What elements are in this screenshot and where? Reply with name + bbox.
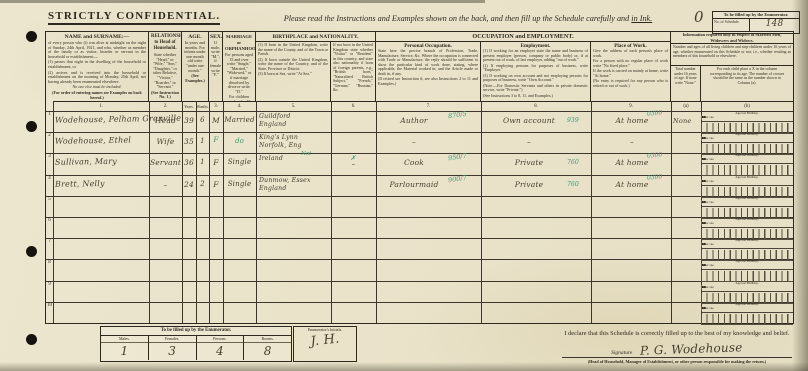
cell-birthplace-line1: Dunmow, Essex	[259, 177, 329, 184]
cell-marriage: Single	[223, 158, 256, 166]
enumerator-col-rooms: Rooms. 8	[244, 336, 291, 360]
rooms-value: 8	[244, 343, 291, 359]
children-age-grid-label: Age last Birthday.	[710, 111, 784, 114]
cell-name	[55, 305, 148, 307]
children-age-grid: Age last Birthday. Under one.12345678910…	[701, 238, 793, 259]
row-number: 5	[46, 197, 53, 202]
cell-birthplace-line1: Guildford	[259, 113, 329, 120]
punch-hole-icon	[26, 246, 37, 257]
enumerator-col-males: Males. 1	[101, 336, 149, 360]
enumerator-initials-box: Enumerator's Initials. J. H.	[293, 326, 357, 362]
punch-hole-icon	[26, 121, 37, 132]
children-age-grid-label: Age last Birthday.	[710, 260, 784, 263]
census-schedule-paper: STRICTLY CONFIDENTIAL. Please read the I…	[0, 0, 808, 371]
cell-age-months: 1	[196, 158, 209, 166]
cell-occupation: –	[378, 137, 450, 146]
cell-sex-clerk-mark: F	[209, 135, 223, 144]
table-row: 2 Wodehouse, Ethel Wife 35 1 F do King's…	[46, 132, 793, 153]
row-number: 6	[46, 218, 53, 223]
cell-employment-code: 760	[567, 159, 579, 166]
children-age-grid: Age last Birthday. Under one.12345678910…	[701, 196, 793, 217]
children-age-grid-numbers: Under one.123456789101112131415	[701, 242, 793, 249]
cell-place-code: 0300	[647, 109, 663, 118]
cell-employment-code: 760	[567, 181, 579, 188]
cell-occupation-code: 950/7	[448, 152, 468, 163]
cell-marriage-clerk-mark: do	[223, 137, 256, 145]
children-age-grid-numbers: Under one.123456789101112131415	[701, 200, 793, 207]
cell-name	[55, 241, 148, 243]
cell-name: Wodehouse, Ethel	[55, 135, 148, 146]
punch-hole-icon	[26, 31, 37, 42]
children-age-grid-label: Age last Birthday.	[710, 281, 784, 284]
table-row: 5 Age last Birthday. Under one.123456789…	[46, 196, 793, 217]
table-row: 7 Age last Birthday. Under one.123456789…	[46, 238, 793, 259]
row-number: 8	[46, 260, 53, 265]
children-age-grid-label: Age last Birthday.	[710, 154, 784, 157]
cell-place-code: 0300	[647, 173, 663, 182]
census-table: NAME and SURNAME:— of every person who (…	[45, 31, 794, 324]
children-age-grid: Age last Birthday. Under one.12345678910…	[701, 217, 793, 238]
females-value: 3	[149, 343, 196, 359]
persons-label: Persons.	[197, 336, 244, 343]
children-age-grid-numbers: Under one.123456789101112131415	[701, 179, 793, 186]
row-number: 2	[46, 133, 53, 138]
children-age-grid-numbers: Under one.123456789101112131415	[701, 221, 793, 228]
children-age-grid-label: Age last Birthday.	[710, 217, 784, 220]
age-grid-tick-label: 15	[701, 221, 706, 226]
children-age-grid-numbers: Under one.123456789101112131415	[701, 136, 793, 143]
cell-sex: M	[209, 116, 223, 125]
females-label: Females.	[149, 336, 196, 343]
cell-age-months: 2	[196, 180, 209, 188]
cell-place-of-work: At home	[604, 158, 660, 167]
rooms-label: Rooms.	[244, 336, 291, 343]
cell-occupation: Cook	[378, 158, 450, 167]
cell-name: Sullivan, Mary	[55, 157, 148, 168]
cell-occupation-code: 870/5	[448, 110, 468, 121]
cell-relationship: Head	[149, 116, 182, 125]
cell-name	[55, 263, 148, 265]
cell-birthplace-line1: King's Lynn	[259, 134, 329, 141]
table-row: 6 Age last Birthday. Under one.123456789…	[46, 217, 793, 238]
instruction-text: Please read the Instructions and Example…	[284, 14, 632, 23]
children-age-grid: Age last Birthday. Under one.12345678910…	[701, 175, 793, 196]
cell-age-years: 39	[182, 116, 196, 125]
children-age-grid-numbers: Under one.123456789101112131415	[701, 306, 793, 313]
cell-marriage: Married	[223, 116, 256, 124]
row-number: 4	[46, 176, 53, 181]
males-value: 1	[101, 343, 148, 359]
children-age-grid-numbers: Under one.123456789101112131415	[701, 263, 793, 270]
cell-age-years: 35	[182, 137, 196, 146]
row-number: 7	[46, 239, 53, 244]
row-number: 10	[46, 303, 53, 308]
table-row: 8 Age last Birthday. Under one.123456789…	[46, 259, 793, 280]
declaration-block: I declare that this Schedule is correctl…	[562, 330, 792, 364]
cell-place-of-work: At home	[604, 116, 660, 125]
signature-value: P. G. Wodehouse	[640, 340, 743, 358]
cell-employment: –	[492, 137, 566, 146]
schedule-box-title: To be filled up by the Enumerator.	[713, 12, 799, 19]
cell-age-years: 24	[182, 180, 196, 189]
cell-birthplace-line2: Norfolk, Eng	[259, 142, 329, 149]
age-grid-tick-label: 15	[701, 179, 706, 184]
cell-age-years: 36	[182, 158, 196, 167]
cell-marriage: Single	[223, 180, 256, 188]
children-age-grid-label: Age last Birthday.	[710, 302, 784, 305]
cell-place-of-work: –	[604, 137, 660, 146]
cell-occupation: Parlourmaid	[378, 180, 450, 189]
age-grid-tick-label: 15	[701, 157, 706, 162]
table-row: 1 Wodehouse, Pelham Grenville Head 39 6 …	[46, 111, 793, 132]
persons-value: 4	[197, 343, 244, 359]
enumerator-table-title: To be filled up by the Enumerator.	[101, 327, 291, 336]
cell-age-months: 6	[196, 116, 209, 124]
cell-sex: F	[209, 180, 223, 189]
children-age-grid: Age last Birthday. Under one.12345678910…	[701, 111, 793, 132]
children-age-grid-numbers: Under one.123456789101112131415	[701, 115, 793, 122]
age-grid-tick-label: 15	[701, 306, 706, 311]
cell-relationship: Wife	[149, 137, 182, 146]
children-age-grid-numbers: Under one.123456789101112131415	[701, 157, 793, 164]
punch-hole-icon	[26, 334, 37, 345]
declaration-text: I declare that this Schedule is correctl…	[562, 330, 792, 338]
cell-employment: Private	[492, 180, 566, 189]
form-title: STRICTLY CONFIDENTIAL.	[48, 10, 220, 25]
cell-children-total: None	[673, 117, 700, 125]
cell-name	[55, 199, 148, 201]
table-rows: 1 Wodehouse, Pelham Grenville Head 39 6 …	[46, 32, 793, 323]
children-age-grid-label: Age last Birthday.	[710, 239, 784, 242]
males-label: Males.	[101, 336, 148, 343]
cell-birthplace-clerk-mark: Not	[301, 151, 311, 157]
cell-nationality-clerk-mark: ✗	[338, 154, 368, 162]
row-number: 3	[46, 154, 53, 159]
cell-occupation: Author	[378, 116, 450, 125]
cell-employment-code: 939	[567, 117, 579, 124]
signature-line: Signature P. G. Wodehouse	[562, 342, 792, 358]
cell-relationship: Servant	[149, 158, 182, 167]
cell-employment: Own account	[492, 116, 566, 125]
children-age-grid: Age last Birthday. Under one.12345678910…	[701, 281, 793, 302]
age-grid-tick-label: 15	[701, 242, 706, 247]
cell-name	[55, 220, 148, 222]
children-age-grid-numbers: Under one.123456789101112131415	[701, 285, 793, 292]
cell-birthplace-line1: Ireland	[259, 155, 329, 162]
cell-place-code: 0300	[647, 152, 663, 161]
age-grid-tick-label: 15	[701, 263, 706, 268]
table-row: 9 Age last Birthday. Under one.123456789…	[46, 281, 793, 302]
instruction-note: Please read the Instructions and Example…	[238, 14, 698, 23]
children-age-grid: Age last Birthday. Under one.12345678910…	[701, 302, 793, 323]
cell-age-months: 1	[196, 137, 209, 145]
scan-edge-shade	[0, 0, 485, 3]
age-grid-tick-label: 15	[701, 200, 706, 205]
cell-name: Wodehouse, Pelham Grenville	[55, 114, 148, 125]
age-grid-tick-label: 15	[701, 285, 706, 290]
handwritten-corner-mark: 0	[694, 8, 704, 26]
initials-value: J. H.	[293, 330, 356, 351]
instruction-ink: in Ink.	[631, 14, 652, 23]
children-age-grid-label: Age last Birthday.	[710, 175, 784, 178]
cell-employment: Private	[492, 158, 566, 167]
table-row: 3 Sullivan, Mary Servant 36 1 F Single I…	[46, 153, 793, 174]
age-grid-tick-label: 15	[701, 115, 706, 120]
cell-birthplace-line2: England	[259, 121, 329, 128]
enumerator-summary-table: To be filled up by the Enumerator. Males…	[100, 326, 292, 362]
cell-birthplace-line2: England	[259, 185, 329, 192]
signature-label: Signature	[611, 350, 632, 356]
enumerator-col-females: Females. 3	[149, 336, 197, 360]
cell-name: Brett, Nelly	[55, 178, 148, 189]
cell-sex: F	[209, 158, 223, 167]
age-grid-tick-label: 15	[701, 136, 706, 141]
children-age-grid: Age last Birthday. Under one.12345678910…	[701, 259, 793, 280]
cell-occupation-code: 900/7	[448, 173, 468, 184]
signature-note: (Head of Household, Manager of Establish…	[562, 359, 792, 364]
row-number: 9	[46, 282, 53, 287]
cell-name	[55, 284, 148, 286]
table-row: 10 Age last Birthday. Under one.12345678…	[46, 302, 793, 323]
children-age-grid-label: Age last Birthday.	[710, 133, 784, 136]
row-number: 1	[46, 112, 53, 117]
children-age-grid-label: Age last Birthday.	[710, 196, 784, 199]
children-age-grid-boxes	[701, 314, 793, 325]
cell-relationship: –	[149, 180, 182, 189]
children-age-grid: Age last Birthday. Under one.12345678910…	[701, 153, 793, 174]
enumerator-col-persons: Persons. 4	[197, 336, 245, 360]
table-row: 4 Brett, Nelly – 24 2 F Single Dunmow, E…	[46, 175, 793, 196]
children-age-grid: Age last Birthday. Under one.12345678910…	[701, 132, 793, 153]
